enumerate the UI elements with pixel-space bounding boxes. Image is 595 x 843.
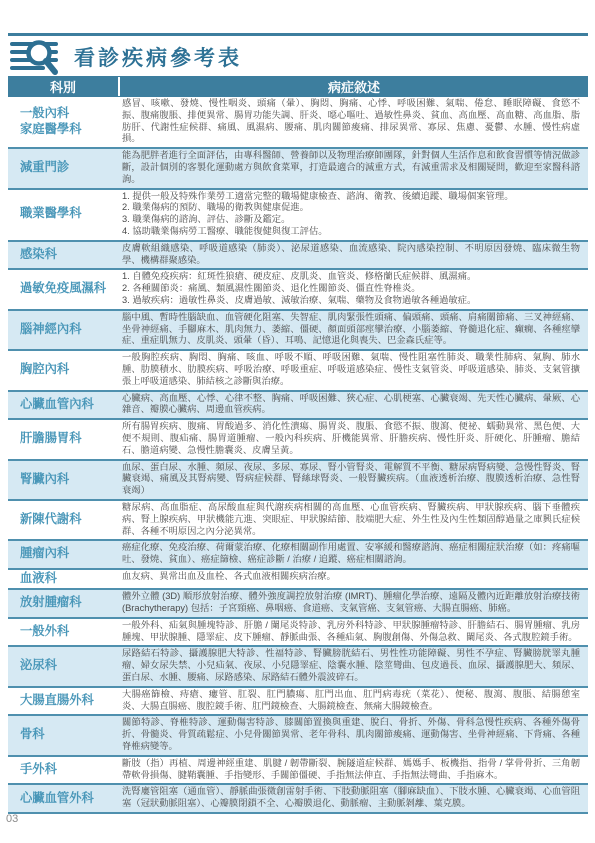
magnifier-over-text-icon	[10, 39, 62, 75]
table-row: 過敏免疫風濕科1. 自體免疫疾病：紅斑性狼瘡、硬皮症、皮肌炎、血管炎、修格蘭氏症…	[8, 270, 588, 310]
table-row: 血液科血友病、異常出血及血栓、各式血液相關疾病治療。	[8, 570, 588, 590]
table-body: 一般內科 家庭醫學科感冒、咳嗽、發燒、慢性咽炎、頭痛（暈）、胸悶、胸痛、心悸、呼…	[8, 97, 588, 814]
table-row: 泌尿科尿路結石特診、攝護腺肥大特診、性福特診、腎臟膀胱結石、男性性功能障礙、男性…	[8, 647, 588, 687]
table-row: 腦神經內科腦中風、暫時性腦缺血、血管硬化阻塞、失智症、肌肉緊張性頭痛、偏頭痛、頭…	[8, 311, 588, 351]
symptom-description: 感冒、咳嗽、發燒、慢性咽炎、頭痛（暈）、胸悶、胸痛、心悸、呼吸困難、氣喘、倦怠、…	[120, 97, 588, 147]
title-bar: 看診疾病參考表	[10, 39, 242, 75]
symptom-description: 1. 提供一般及特殊作業勞工適當完整的職場健康檢查、諮詢、衛教、後續追蹤、職場個…	[120, 190, 588, 240]
page-title: 看診疾病參考表	[74, 42, 242, 72]
document-page: 看診疾病參考表 科別 病症敘述 一般內科 家庭醫學科感冒、咳嗽、發燒、慢性咽炎、…	[0, 0, 595, 843]
symptom-description: 皮膚軟組織感染、呼吸道感染（肺炎）、泌尿道感染、血流感染、院內感染控制、不明原因…	[120, 242, 588, 269]
table-row: 大腸直腸外科大腸癌篩檢、痔瘡、瘻管、肛裂、肛門膿瘍、肛門出血、肛門病毒疣（菜花）…	[8, 688, 588, 717]
department-name: 一般內科 家庭醫學科	[8, 97, 120, 147]
symptom-description: 洗腎廔管阻塞（通血管）、靜脈曲張微創雷射手術、下肢動脈阻塞（腳麻缺血）、下肢水腫…	[120, 785, 588, 812]
symptom-description: 斷肢（指）再植、周邊神經重建、肌腱 / 韌帶斷裂、腕隧道症候群、媽媽手、板機指、…	[120, 757, 588, 784]
department-name: 泌尿科	[8, 647, 120, 685]
department-name: 放射腫瘤科	[8, 590, 120, 617]
symptom-description: 能為肥胖者進行全面評估，由專科醫師、營養師以及物理治療師團隊，針對個人生活作息和…	[120, 149, 588, 187]
symptom-description: 一般胸腔疾病、胸悶、胸痛、咳血、呼吸不順、呼吸困難、氣喘、慢性阻塞性肺炎、職業性…	[120, 351, 588, 389]
symptom-description: 1. 自體免疫疾病：紅斑性狼瘡、硬皮症、皮肌炎、血管炎、修格蘭氏症候群、風濕痛。…	[120, 270, 588, 308]
symptom-description: 所有腸胃疾病、腹痛、胃酸過多、消化性潰瘍、腸胃炎、腹脹、食慾不振、腹瀉、便祕、蠕…	[120, 420, 588, 458]
table-row: 放射腫瘤科體外立體 (3D) 順形放射治療、體外強度調控放射治療 (IMRT)、…	[8, 590, 588, 619]
symptom-description: 尿路結石特診、攝護腺肥大特診、性福特診、腎臟膀胱結石、男性性功能障礙、男性不孕症…	[120, 647, 588, 685]
symptom-description: 關節特診、脊椎特診、運動傷害特診、膝關節置換與重建、脫臼、骨折、外傷、骨科急慢性…	[120, 716, 588, 754]
department-name: 心臟血管內科	[8, 392, 120, 419]
symptom-description: 體外立體 (3D) 順形放射治療、體外強度調控放射治療 (IMRT)、腫瘤化學治…	[120, 590, 588, 617]
table-row: 手外科斷肢（指）再植、周邊神經重建、肌腱 / 韌帶斷裂、腕隧道症候群、媽媽手、板…	[8, 757, 588, 786]
symptom-description: 血友病、異常出血及血栓、各式血液相關疾病治療。	[120, 570, 588, 588]
department-name: 胸腔內科	[8, 351, 120, 389]
table-row: 肝膽腸胃科所有腸胃疾病、腹痛、胃酸過多、消化性潰瘍、腸胃炎、腹脹、食慾不振、腹瀉…	[8, 420, 588, 460]
symptom-description: 糖尿病、高血脂症、高尿酸血症與代謝疾病相關的高血壓、心血管疾病、腎臟疾病、甲狀腺…	[120, 501, 588, 539]
department-name: 新陳代謝科	[8, 501, 120, 539]
symptom-description: 一般外科、疝氣與腫塊特診、肝膽 / 闌尾炎特診、乳房外科特診、甲狀腺腫瘤特診、肝…	[120, 619, 588, 646]
department-name: 感染科	[8, 242, 120, 269]
symptom-description: 心臟病、高血壓、心悸、心律不整、胸痛、呼吸困難、狹心症、心肌梗塞、心臟衰竭、先天…	[120, 392, 588, 419]
department-name: 職業醫學科	[8, 190, 120, 240]
department-name: 腎臟內科	[8, 461, 120, 499]
department-name: 血液科	[8, 570, 120, 588]
table-row: 職業醫學科1. 提供一般及特殊作業勞工適當完整的職場健康檢查、諮詢、衛教、後續追…	[8, 190, 588, 242]
department-name: 腫瘤內科	[8, 541, 120, 568]
department-name: 大腸直腸外科	[8, 688, 120, 715]
department-name: 過敏免疫風濕科	[8, 270, 120, 308]
table-row: 一般內科 家庭醫學科感冒、咳嗽、發燒、慢性咽炎、頭痛（暈）、胸悶、胸痛、心悸、呼…	[8, 97, 588, 149]
table-row: 胸腔內科一般胸腔疾病、胸悶、胸痛、咳血、呼吸不順、呼吸困難、氣喘、慢性阻塞性肺炎…	[8, 351, 588, 391]
department-name: 骨科	[8, 716, 120, 754]
page-number: 03	[6, 813, 18, 825]
table-row: 心臟血管內科心臟病、高血壓、心悸、心律不整、胸痛、呼吸困難、狹心症、心肌梗塞、心…	[8, 392, 588, 421]
table-row: 一般外科一般外科、疝氣與腫塊特診、肝膽 / 闌尾炎特診、乳房外科特診、甲狀腺腫瘤…	[8, 619, 588, 648]
column-header-department: 科別	[8, 77, 120, 96]
department-name: 心臟血管外科	[8, 785, 120, 812]
department-name: 肝膽腸胃科	[8, 420, 120, 458]
table-row: 心臟血管外科洗腎廔管阻塞（通血管）、靜脈曲張微創雷射手術、下肢動脈阻塞（腳麻缺血…	[8, 785, 588, 814]
table-row: 感染科皮膚軟組織感染、呼吸道感染（肺炎）、泌尿道感染、血流感染、院內感染控制、不…	[8, 242, 588, 271]
department-name: 腦神經內科	[8, 311, 120, 349]
department-name: 手外科	[8, 757, 120, 784]
symptom-description: 癌症化療、免疫治療、荷爾蒙治療、化療相關副作用處置、安寧緩和醫療諮詢、癌症相關症…	[120, 541, 588, 568]
table-header-row: 科別 病症敘述	[8, 76, 588, 97]
top-divider-rule	[8, 33, 588, 36]
symptom-description: 腦中風、暫時性腦缺血、血管硬化阻塞、失智症、肌肉緊張性頭痛、偏頭痛、頭痛、肩痛關…	[120, 311, 588, 349]
department-name: 減重門診	[8, 149, 120, 187]
table-row: 減重門診能為肥胖者進行全面評估，由專科醫師、營養師以及物理治療師團隊，針對個人生…	[8, 149, 588, 189]
symptom-description: 大腸癌篩檢、痔瘡、瘻管、肛裂、肛門膿瘍、肛門出血、肛門病毒疣（菜花）、便秘、腹瀉…	[120, 688, 588, 715]
table-row: 腎臟內科血尿、蛋白尿、水腫、頻尿、夜尿、多尿、寡尿、腎小管腎炎、電解質不平衡、糖…	[8, 461, 588, 501]
disease-reference-table: 科別 病症敘述 一般內科 家庭醫學科感冒、咳嗽、發燒、慢性咽炎、頭痛（暈）、胸悶…	[8, 76, 588, 814]
table-row: 新陳代謝科糖尿病、高血脂症、高尿酸血症與代謝疾病相關的高血壓、心血管疾病、腎臟疾…	[8, 501, 588, 541]
department-name: 一般外科	[8, 619, 120, 646]
column-header-description: 病症敘述	[120, 77, 588, 96]
symptom-description: 血尿、蛋白尿、水腫、頻尿、夜尿、多尿、寡尿、腎小管腎炎、電解質不平衡、糖尿病腎病…	[120, 461, 588, 499]
table-row: 腫瘤內科癌症化療、免疫治療、荷爾蒙治療、化療相關副作用處置、安寧緩和醫療諮詢、癌…	[8, 541, 588, 570]
table-row: 骨科關節特診、脊椎特診、運動傷害特診、膝關節置換與重建、脫臼、骨折、外傷、骨科急…	[8, 716, 588, 756]
